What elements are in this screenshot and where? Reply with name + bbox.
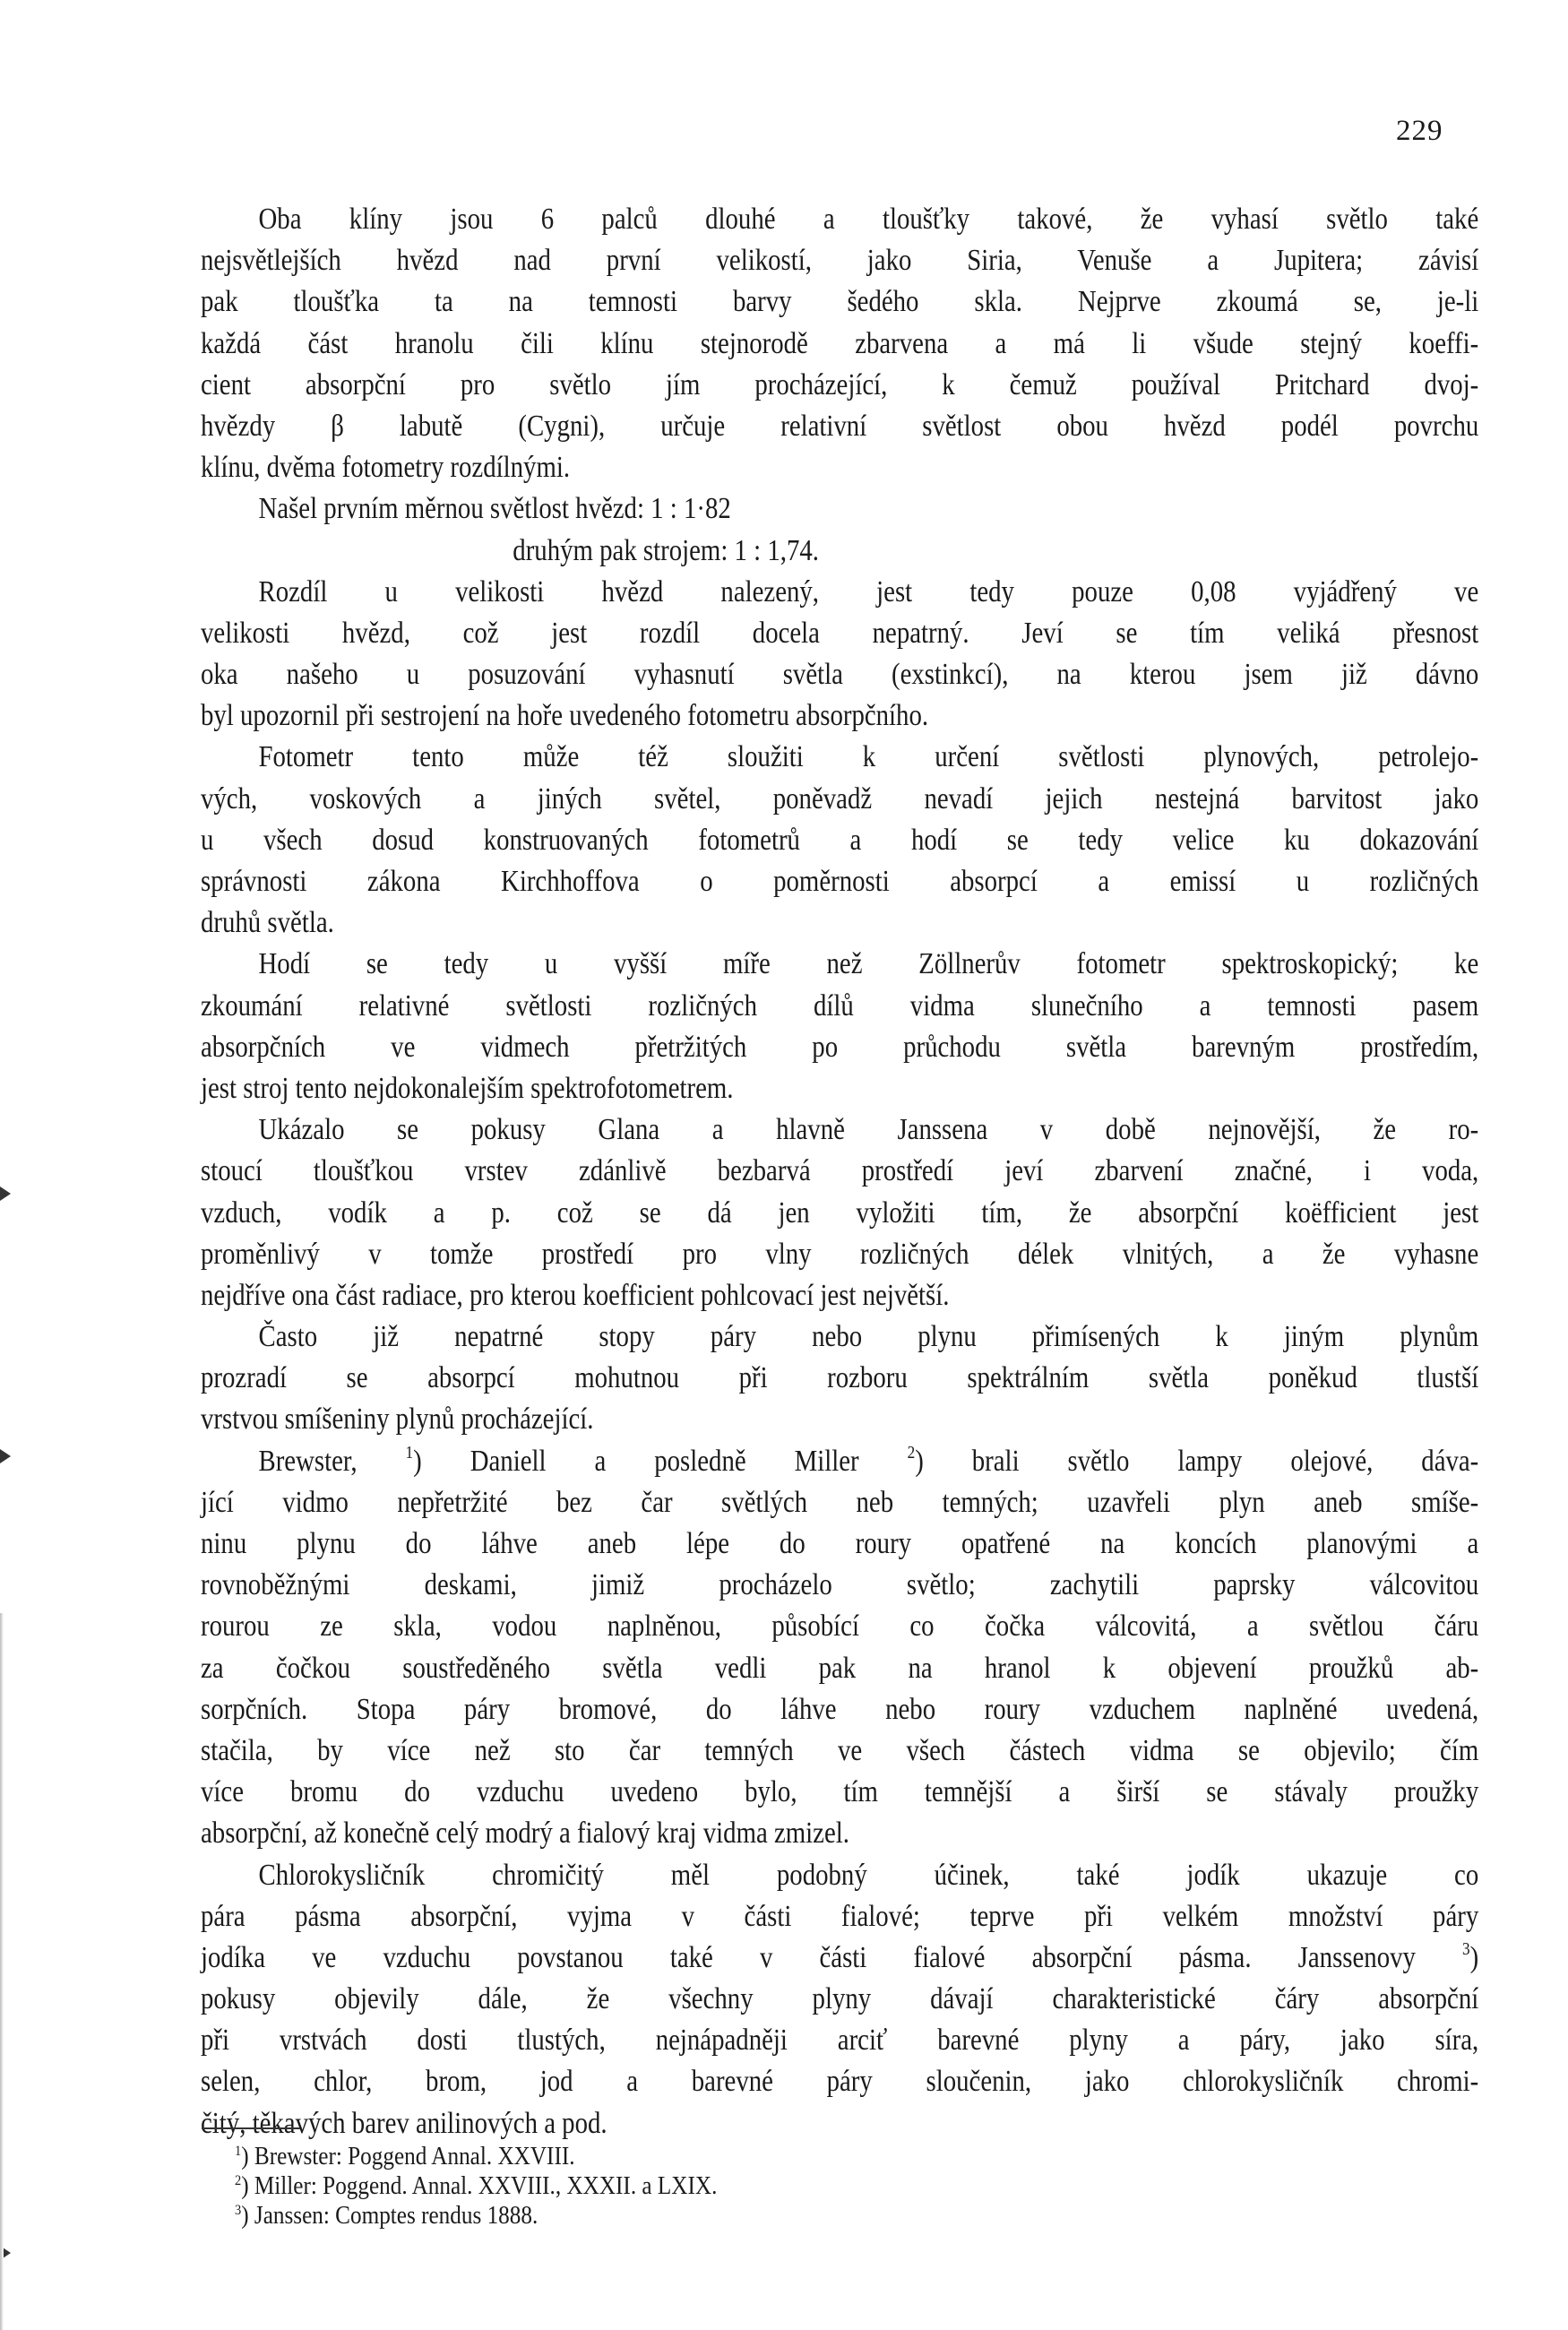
text-span: ) (1470, 1941, 1479, 1974)
text-line: byl upozornil při sestrojení na hoře uve… (201, 695, 1478, 737)
footnote-text: ) Brewster: Poggend Annal. XXVIII. (241, 2143, 574, 2170)
body-text: Oba klíny jsou 6 palců dlouhé a tloušťky… (201, 199, 1478, 2144)
text-line: absorpčních ve vidmech přetržitých po pr… (201, 1027, 1478, 1068)
footnote-reference: 1 (406, 1443, 414, 1463)
text-line: Chlorokysličník chromičitý měl podobný ú… (201, 1855, 1478, 1896)
footnote-marker: 2 (235, 2173, 241, 2188)
text-span: ) Daniell a posledně Miller (413, 1445, 907, 1478)
text-line: rourou ze skla, vodou naplněnou, působíc… (201, 1606, 1478, 1647)
text-line: selen, chlor, brom, jod a barevné páry s… (201, 2061, 1478, 2102)
text-line: pokusy objevily dále, že všechny plyny d… (201, 1979, 1478, 2020)
text-line: Často již nepatrné stopy páry nebo plynu… (201, 1316, 1478, 1358)
text-line: čitý, těkavých barev anilinových a pod. (201, 2103, 1478, 2144)
footnote-reference: 3 (1462, 1939, 1470, 1959)
text-line: proměnlivý v tomže prostředí pro vlny ro… (201, 1234, 1478, 1275)
text-span: ) brali světlo lampy olejové, dáva- (915, 1445, 1478, 1478)
footnote: 3) Janssen: Comptes rendus 1888. (235, 2201, 717, 2231)
text-line: velikosti hvězd, což jest rozdíl docela … (201, 613, 1478, 654)
text-line: Ukázalo se pokusy Glana a hlavně Janssen… (201, 1109, 1478, 1151)
text-line: absorpční, až konečně celý modrý a fialo… (201, 1813, 1478, 1854)
text-line: prozradí se absorpcí mohutnou při rozbor… (201, 1358, 1478, 1399)
page-number: 229 (1396, 115, 1443, 148)
footnote: 1) Brewster: Poggend Annal. XXVIII. (235, 2142, 717, 2171)
text-line: pak tloušťka ta na temnosti barvy šedého… (201, 281, 1478, 323)
footnote-text: ) Janssen: Comptes rendus 1888. (241, 2202, 538, 2230)
text-line: ninu plynu do láhve aneb lépe do roury o… (201, 1523, 1478, 1565)
text-line: Rozdíl u velikosti hvězd nalezený, jest … (201, 572, 1478, 613)
text-line: jest stroj tento nejdokonalejším spektro… (201, 1068, 1478, 1109)
text-line: nejsvětlejších hvězd nad první velikostí… (201, 240, 1478, 281)
scan-edge-shadow (0, 1613, 4, 2330)
footnotes: 1) Brewster: Poggend Annal. XXVIII.2) Mi… (235, 2142, 771, 2231)
ratio-line: Našel prvním měrnou světlost hvězd: 1 : … (201, 488, 1478, 530)
text-line: u všech dosud konstruovaných fotometrů a… (201, 820, 1478, 861)
scan-edge-mark (0, 1187, 11, 1201)
text-line: stačila, by více než sto čar temných ve … (201, 1730, 1478, 1772)
text-line: zkoumání relativné světlosti rozličných … (201, 986, 1478, 1027)
footnote-marker: 1 (235, 2144, 241, 2159)
ratio-line: druhým pak strojem: 1 : 1,74. (201, 531, 1478, 572)
text-line: vých, voskových a jiných světel, poněvad… (201, 779, 1478, 820)
text-line: pára pásma absorpční, vyjma v části fial… (201, 1896, 1478, 1937)
text-line: Brewster, 1) Daniell a posledně Miller 2… (201, 1441, 1478, 1482)
scan-edge-mark (0, 1449, 11, 1463)
text-line: sorpčních. Stopa páry bromové, do láhve … (201, 1689, 1478, 1730)
text-span: jodíka ve vzduchu povstanou také v části… (201, 1941, 1462, 1974)
text-line: vrstvou smíšeniny plynů procházející. (201, 1399, 1478, 1440)
text-line: jící vidmo nepřetržité bez čar světlých … (201, 1482, 1478, 1523)
text-line: oka našeho u posuzování vyhasnutí světla… (201, 654, 1478, 695)
text-line: Oba klíny jsou 6 palců dlouhé a tloušťky… (201, 199, 1478, 240)
text-line: vzduch, vodík a p. což se dá jen vyložit… (201, 1193, 1478, 1234)
text-span: Brewster, (259, 1445, 406, 1478)
text-line: hvězdy β labutě (Cygni), určuje relativn… (201, 406, 1478, 447)
footnote: 2) Miller: Poggend. Annal. XXVIII., XXXI… (235, 2171, 717, 2201)
text-line: správnosti zákona Kirchhoffova o poměrno… (201, 861, 1478, 902)
footnote-divider (202, 2127, 300, 2129)
text-line: jodíka ve vzduchu povstanou také v části… (201, 1937, 1478, 1979)
footnote-marker: 3 (235, 2203, 241, 2218)
text-line: rovnoběžnými deskami, jimiž procházelo s… (201, 1565, 1478, 1606)
text-line: Fotometr tento může též sloužiti k určen… (201, 737, 1478, 778)
text-line: druhů světla. (201, 902, 1478, 944)
text-line: každá část hranolu čili klínu stejnorodě… (201, 324, 1478, 365)
text-line: nejdříve ona část radiace, pro kterou ko… (201, 1275, 1478, 1316)
text-line: při vrstvách dosti tlustých, nejnápadněj… (201, 2020, 1478, 2061)
text-line: Hodí se tedy u vyšší míře než Zöllnerův … (201, 944, 1478, 985)
footnote-reference: 2 (908, 1443, 916, 1463)
text-line: klínu, dvěma fotometry rozdílnými. (201, 447, 1478, 488)
text-line: cient absorpční pro světlo jím procházej… (201, 365, 1478, 406)
text-line: za čočkou soustředěného světla vedli pak… (201, 1648, 1478, 1689)
text-line: stoucí tloušťkou vrstev zdánlivě bezbarv… (201, 1151, 1478, 1192)
text-line: více bromu do vzduchu uvedeno bylo, tím … (201, 1772, 1478, 1813)
footnote-text: ) Miller: Poggend. Annal. XXVIII., XXXII… (241, 2172, 717, 2200)
